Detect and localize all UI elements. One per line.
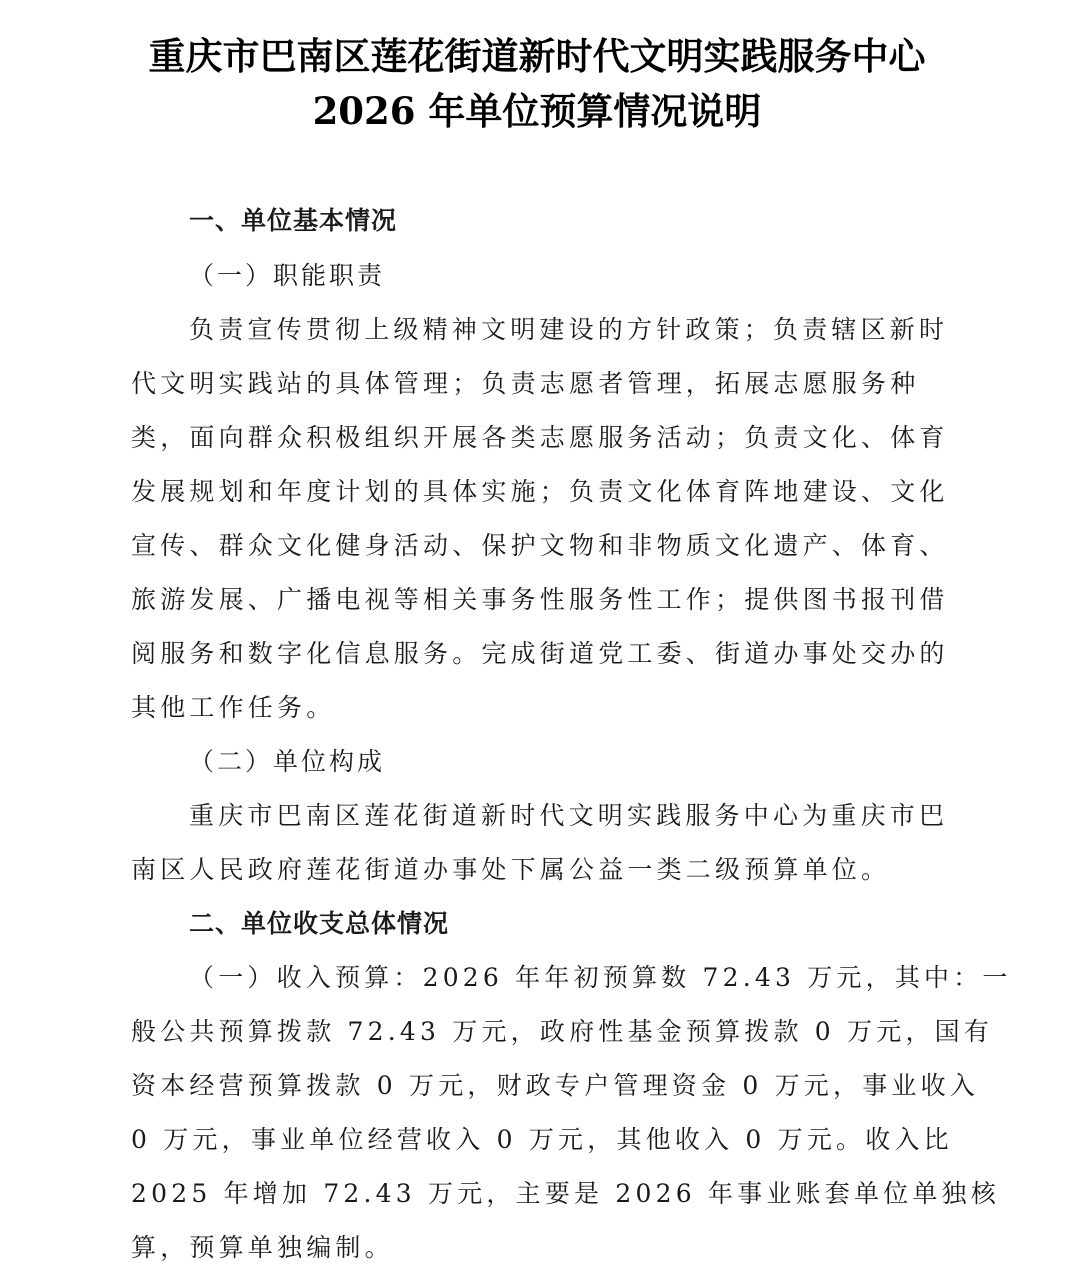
paragraph-line: 类，面向群众积极组织开展各类志愿服务活动；负责文化、体育 <box>131 421 949 455</box>
subsection-heading-functions: （一）职能职责 <box>189 259 385 293</box>
paragraph-line: 代文明实践站的具体管理；负责志愿者管理，拓展志愿服务种 <box>131 367 919 401</box>
paragraph-line: 重庆市巴南区莲花街道新时代文明实践服务中心为重庆市巴 <box>189 799 948 833</box>
paragraph-line: 其他工作任务。 <box>131 691 335 725</box>
section-heading-basic-info: 一、单位基本情况 <box>189 204 397 238</box>
paragraph-line: 南区人民政府莲花街道办事处下属公益一类二级预算单位。 <box>131 853 890 887</box>
section-heading-revenue-expenditure: 二、单位收支总体情况 <box>189 907 449 941</box>
paragraph-line: 宣传、群众文化健身活动、保护文物和非物质文化遗产、体育、 <box>131 529 949 563</box>
document-title-line-1: 重庆市巴南区莲花街道新时代文明实践服务中心 <box>0 30 1074 82</box>
paragraph-line: 阅服务和数字化信息服务。完成街道党工委、街道办事处交办的 <box>131 637 949 671</box>
paragraph-line: 发展规划和年度计划的具体实施；负责文化体育阵地建设、文化 <box>131 475 949 509</box>
document-title-line-2: 2026 年单位预算情况说明 <box>0 85 1074 137</box>
paragraph-line: 负责宣传贯彻上级精神文明建设的方针政策；负责辖区新时 <box>189 313 948 347</box>
paragraph-line: （一）收入预算：2026 年年初预算数 72.43 万元，其中：一 <box>189 961 1012 995</box>
paragraph-line: 旅游发展、广播电视等相关事务性服务性工作；提供图书报刊借 <box>131 583 949 617</box>
paragraph-line: 般公共预算拨款 72.43 万元，政府性基金预算拨款 0 万元，国有 <box>131 1015 993 1049</box>
paragraph-line: 算，预算单独编制。 <box>131 1231 394 1265</box>
subsection-heading-composition: （二）单位构成 <box>189 745 385 779</box>
paragraph-line: 2025 年增加 72.43 万元，主要是 2026 年事业账套单位单独核 <box>131 1177 1000 1211</box>
paragraph-line: 0 万元，事业单位经营收入 0 万元，其他收入 0 万元。收入比 <box>131 1123 953 1157</box>
paragraph-line: 资本经营预算拨款 0 万元，财政专户管理资金 0 万元，事业收入 <box>131 1069 979 1103</box>
